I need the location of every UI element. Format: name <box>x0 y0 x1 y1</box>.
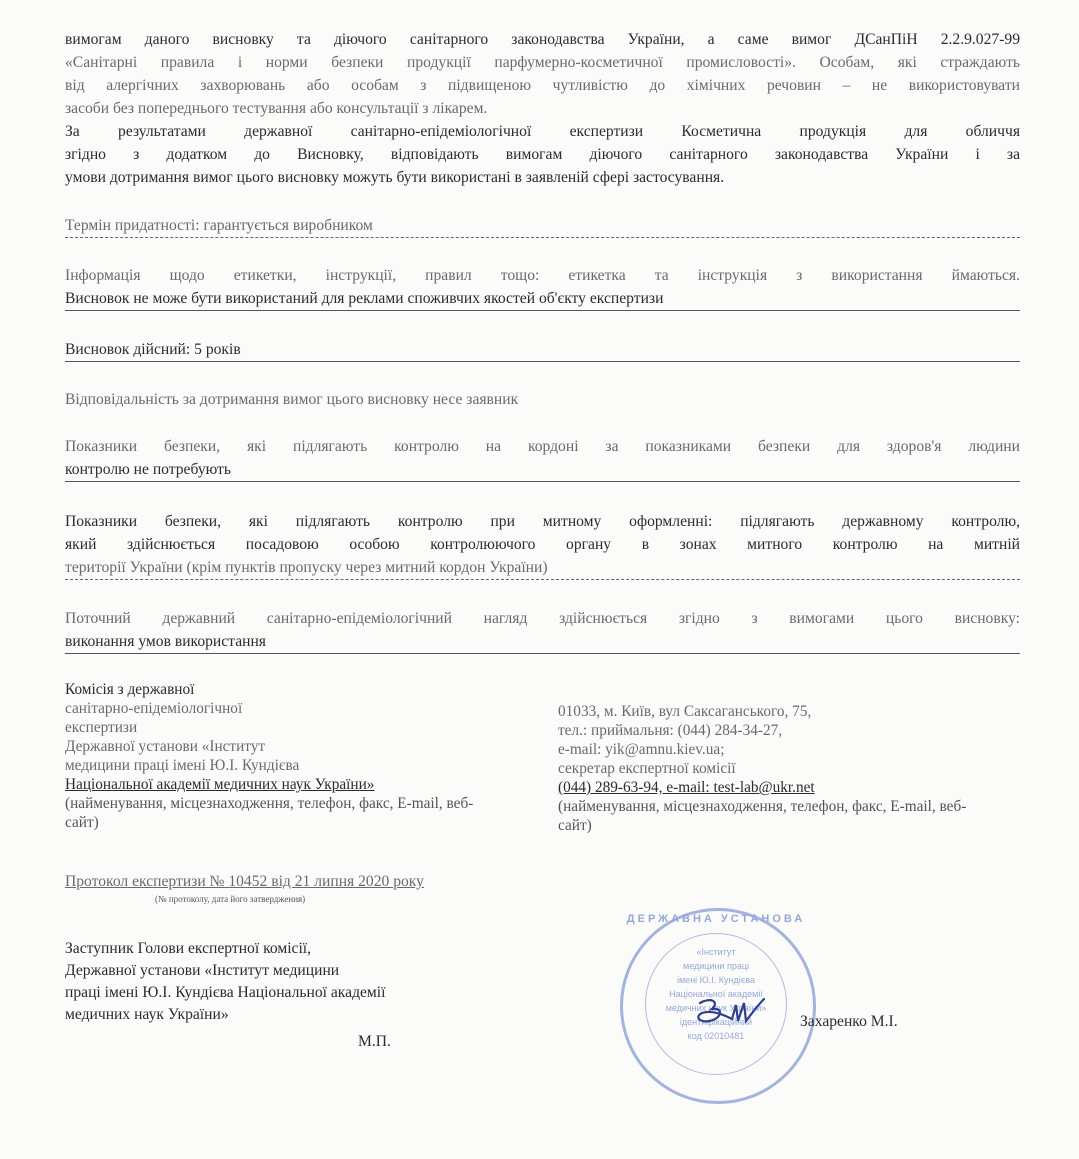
validity-field: Висновок дійсний: 5 років <box>65 338 1020 362</box>
signatory-line: праці імені Ю.І. Кундієва Національної а… <box>65 982 525 1004</box>
supervision-line: виконання умов використання <box>65 630 1020 653</box>
responsibility-field: Відповідальність за дотримання вимог цьо… <box>65 388 1020 411</box>
email-line: e-mail: yik@amnu.kiev.ua; <box>558 740 978 759</box>
validity-text: Висновок дійсний: 5 років <box>65 338 1020 361</box>
conclusion-line: умови дотримання вимог цього висновку мо… <box>65 166 1020 189</box>
signatory-block: Заступник Голови експертної комісії, Дер… <box>65 938 525 1053</box>
phone-line: тел.: приймальня: (044) 284-34-27, <box>558 721 978 740</box>
commission-name: Комісія з державної санітарно-епідеміоло… <box>65 680 505 832</box>
border-control-line: Показники безпеки, які підлягають контро… <box>65 435 1020 458</box>
secretary-contact-line: (044) 289-63-94, e-mail: test-lab@ukr.ne… <box>558 778 978 797</box>
protocol-block: Протокол експертизи № 10452 від 21 липня… <box>65 870 1020 905</box>
commission-caption: (найменування, місцезнаходження, телефон… <box>65 794 505 832</box>
responsibility-text: Відповідальність за дотримання вимог цьо… <box>65 388 1020 411</box>
commission-line: медицини праці імені Ю.І. Кундієва <box>65 756 505 775</box>
commission-line: експертизи <box>65 718 505 737</box>
shelf-life-text: Термін придатності: гарантується виробни… <box>65 214 1020 237</box>
customs-control-line: Показники безпеки, які підлягають контро… <box>65 510 1020 533</box>
protocol-caption: (№ протоколу, дата його затвердження) <box>65 893 1020 905</box>
stamp-ring-text: ДЕРЖАВНА УСТАНОВА <box>623 913 809 925</box>
border-control-field: Показники безпеки, які підлягають контро… <box>65 435 1020 482</box>
signatory-name: Захаренко М.І. <box>800 1010 898 1033</box>
labeling-line: Інформація щодо етикетки, інструкції, пр… <box>65 264 1020 287</box>
signature-icon <box>692 995 772 1035</box>
customs-control-field: Показники безпеки, які підлягають контро… <box>65 510 1020 580</box>
shelf-life-field: Термін придатності: гарантується виробни… <box>65 214 1020 238</box>
commission-line: Комісія з державної <box>65 680 505 699</box>
intro-line: вимогам даного висновку та діючого саніт… <box>65 28 1020 51</box>
commission-line: Національної академії медичних наук Укра… <box>65 775 505 794</box>
signatory-line: Державної установи «Інститут медицини <box>65 960 525 982</box>
conclusion-line: За результатами державної санітарно-епід… <box>65 120 1020 143</box>
intro-line: «Санітарні правила і норми безпеки проду… <box>65 51 1020 74</box>
signatory-name-block: Захаренко М.І. <box>800 1010 898 1033</box>
address-caption: (найменування, місцезнаходження, телефон… <box>558 797 978 835</box>
address-line: 01033, м. Київ, вул Саксаганського, 75, <box>558 702 978 721</box>
labeling-field: Інформація щодо етикетки, інструкції, пр… <box>65 264 1020 311</box>
secretary-line: секретар експертної комісії <box>558 759 978 778</box>
supervision-line: Поточний державний санітарно-епідеміолог… <box>65 607 1020 630</box>
customs-control-line: території України (крім пунктів пропуску… <box>65 556 1020 579</box>
labeling-line: Висновок не може бути використаний для р… <box>65 287 1020 310</box>
conclusion-line: згідно з додатком до Висновку, відповіда… <box>65 143 1020 166</box>
signatory-line: медичних наук України» <box>65 1004 525 1026</box>
commission-line: санітарно-епідеміологічної <box>65 699 505 718</box>
signatory-line: Заступник Голови експертної комісії, <box>65 938 525 960</box>
supervision-field: Поточний державний санітарно-епідеміолог… <box>65 607 1020 654</box>
customs-control-line: який здійснюється посадовою особою контр… <box>65 533 1020 556</box>
border-control-line: контролю не потребують <box>65 458 1020 481</box>
conclusion-paragraph: За результатами державної санітарно-епід… <box>65 120 1020 189</box>
intro-line: від алергічних захворювань або особам з … <box>65 74 1020 97</box>
protocol-text: Протокол експертизи № 10452 від 21 липня… <box>65 870 1020 893</box>
intro-paragraph: вимогам даного висновку та діючого саніт… <box>65 28 1020 120</box>
commission-address: 01033, м. Київ, вул Саксаганського, 75, … <box>558 702 978 835</box>
intro-line: засоби без попереднього тестування або к… <box>65 97 1020 120</box>
commission-line: Державної установи «Інститут <box>65 737 505 756</box>
seal-mark: М.П. <box>65 1030 525 1053</box>
